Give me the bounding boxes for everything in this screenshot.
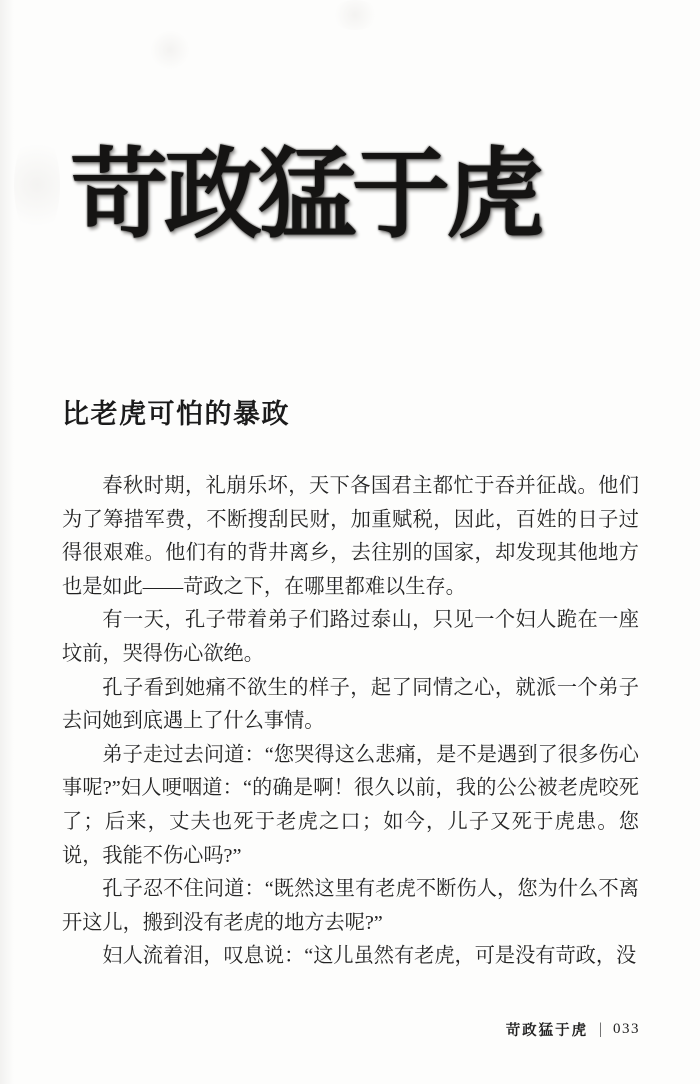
body-paragraph: 孔子忍不住问道：“既然这里有老虎不断伤人，您为什么不离开这儿，搬到没有老虎的地方… xyxy=(62,873,639,940)
scan-smudge xyxy=(150,30,190,70)
body-paragraph: 弟子走过去问道：“您哭得这么悲痛，是不是遇到了很多伤心事呢?”妇人哽咽道：“的确… xyxy=(62,739,639,873)
footer-separator: | xyxy=(599,1021,602,1039)
body-paragraph: 有一天，孔子带着弟子们路过泰山，只见一个妇人跪在一座坟前，哭得伤心欲绝。 xyxy=(62,604,639,671)
book-page: 苛政猛于虎 比老虎可怕的暴政 春秋时期，礼崩乐坏，天下各国君主都忙于吞并征战。他… xyxy=(0,0,700,1084)
chapter-title: 苛政猛于虎 xyxy=(70,128,540,260)
body-paragraph: 妇人流着泪，叹息说：“这儿虽然有老虎，可是没有苛政，没 xyxy=(62,940,639,974)
footer-page-number: 033 xyxy=(613,1021,640,1038)
body-paragraph: 春秋时期，礼崩乐坏，天下各国君主都忙于吞并征战。他们为了筹措军费，不断搜刮民财，… xyxy=(62,470,639,604)
scan-smudge xyxy=(14,130,60,240)
page-footer: 苛政猛于虎 | 033 xyxy=(506,1019,640,1040)
body-paragraph: 孔子看到她痛不欲生的样子，起了同情之心，就派一个弟子去问她到底遇上了什么事情。 xyxy=(62,672,639,739)
body-text: 春秋时期，礼崩乐坏，天下各国君主都忙于吞并征战。他们为了筹措军费，不断搜刮民财，… xyxy=(62,470,639,974)
scan-smudge xyxy=(330,0,380,30)
footer-running-title: 苛政猛于虎 xyxy=(506,1019,589,1040)
section-heading: 比老虎可怕的暴政 xyxy=(62,392,290,431)
page-edge-shading xyxy=(0,0,14,1084)
